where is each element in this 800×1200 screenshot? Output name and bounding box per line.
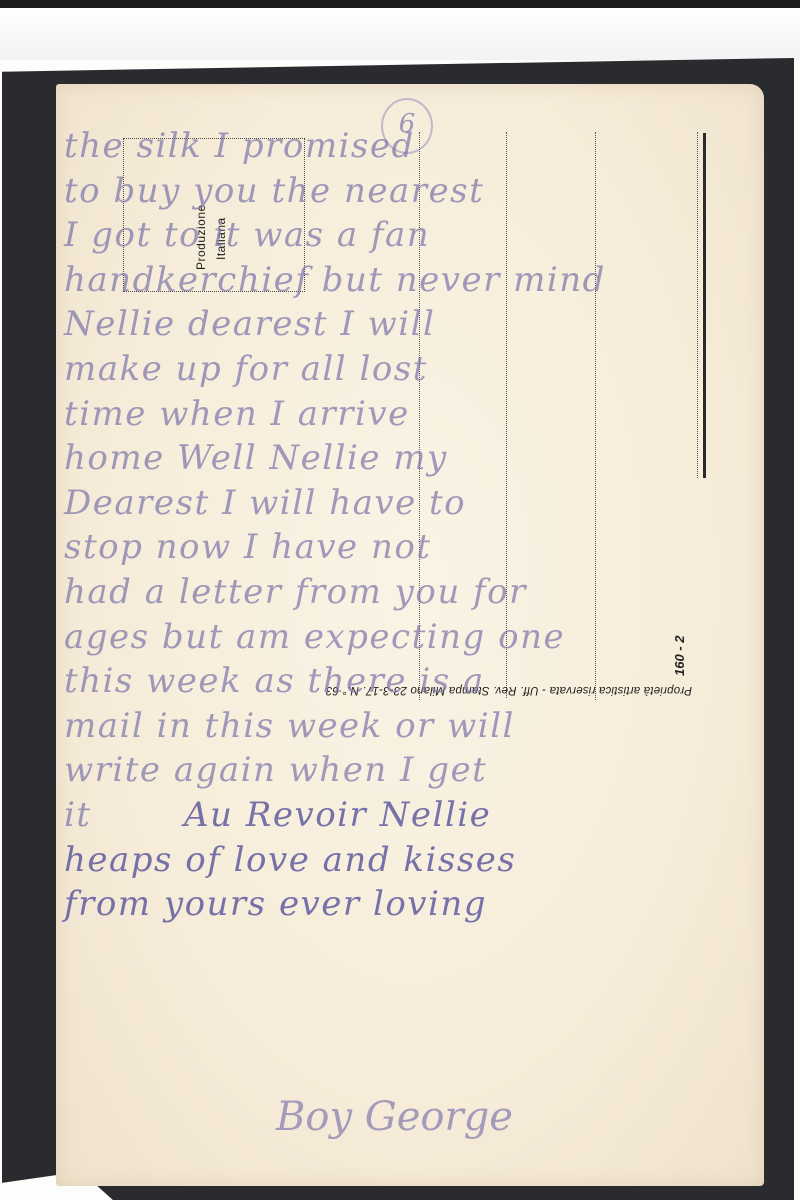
- message-line: the silk I promised: [64, 124, 754, 169]
- message-line: mail in this week or will: [64, 704, 754, 749]
- message-line: home Well Nellie my: [64, 436, 754, 481]
- message-line: time when I arrive: [64, 392, 754, 437]
- message-line: to buy you the nearest: [64, 169, 754, 214]
- message-line: from yours ever loving: [64, 882, 754, 927]
- message-line: stop now I have not: [64, 525, 754, 570]
- message-line: Nellie dearest I will: [64, 302, 754, 347]
- message-closing: Au Revoir Nellie: [64, 793, 754, 838]
- message-line: handkerchief but never mind: [64, 258, 754, 303]
- scanner-top-edge: [0, 0, 800, 8]
- message-line: make up for all lost: [64, 347, 754, 392]
- message-line: I got to it was a fan: [64, 213, 754, 258]
- message-line: this week as there is a: [64, 659, 754, 704]
- postcard: Produzione Italiana Proprietà artistica …: [56, 84, 764, 1186]
- signature: Boy George: [276, 1094, 513, 1140]
- message-line: ages but am expecting one: [64, 615, 754, 660]
- message-line: had a letter from you for: [64, 570, 754, 615]
- message-line: heaps of love and kisses: [64, 838, 754, 883]
- scanner-white-gap: [0, 8, 800, 60]
- message-line: write again when I get: [64, 748, 754, 793]
- message-line: Dearest I will have to: [64, 481, 754, 526]
- handwritten-message: the silk I promised to buy you the neare…: [64, 124, 754, 927]
